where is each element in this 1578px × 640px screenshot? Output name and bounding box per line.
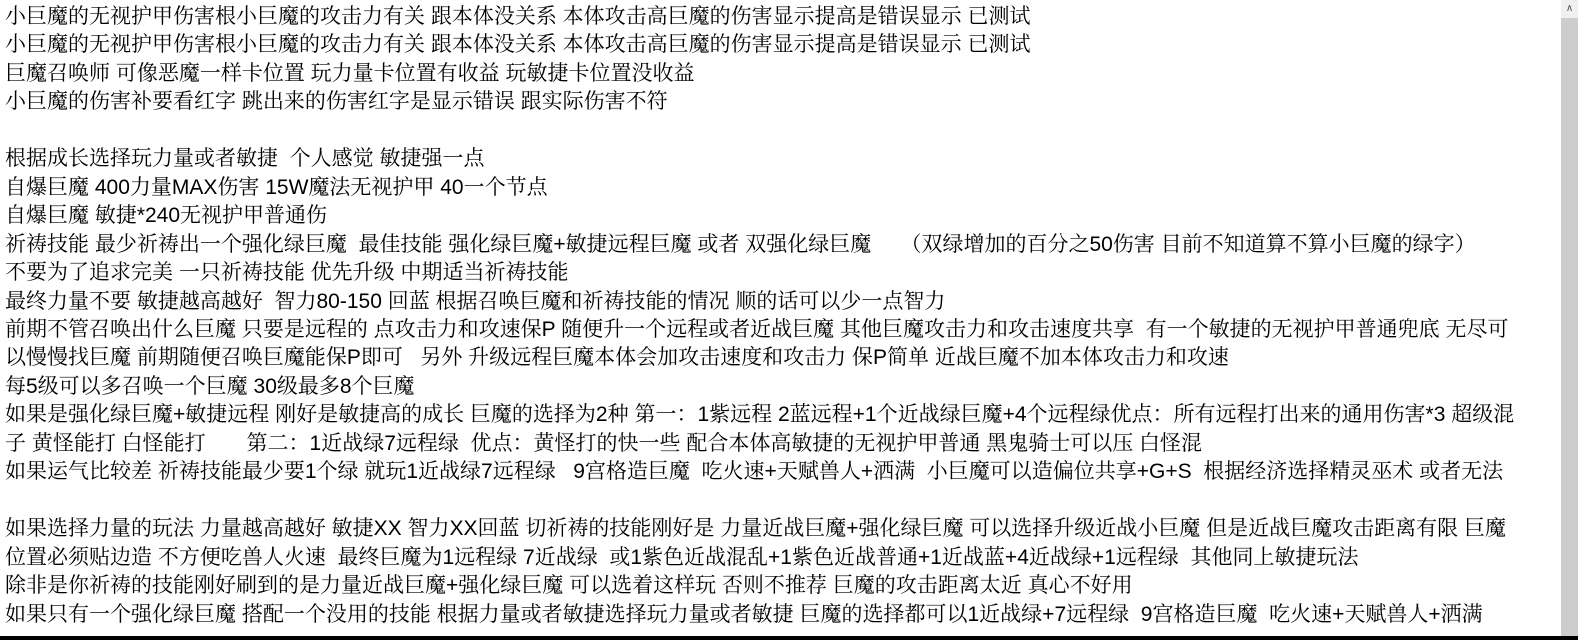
- text-line: 小巨魔的无视护甲伤害根小巨魔的攻击力有关 跟本体没关系 本体攻击高巨魔的伤害显示…: [5, 31, 1561, 59]
- text-line: [5, 487, 1561, 515]
- text-line: 如果运气比较差 祈祷技能最少要1个绿 就玩1近战绿7远程绿 9宫格造巨魔 吃火速…: [5, 458, 1561, 486]
- text-line: 根据成长选择玩力量或者敏捷 个人感觉 敏捷强一点: [5, 145, 1561, 173]
- text-area[interactable]: 小巨魔的无视护甲伤害根小巨魔的攻击力有关 跟本体没关系 本体攻击高巨魔的伤害显示…: [0, 0, 1561, 636]
- text-line: 最终力量不要 敏捷越高越好 智力80-150 回蓝 根据召唤巨魔和祈祷技能的情况…: [5, 288, 1561, 316]
- window-bottom-border: [0, 636, 1578, 640]
- text-line: 自爆巨魔 敏捷*240无视护甲普通伤: [5, 202, 1561, 230]
- text-line: 小巨魔的无视护甲伤害根小巨魔的攻击力有关 跟本体没关系 本体攻击高巨魔的伤害显示…: [5, 3, 1561, 31]
- text-line: 不要为了追求完美 一只祈祷技能 优先升级 中期适当祈祷技能: [5, 259, 1561, 287]
- text-line: 以慢慢找巨魔 前期随便召唤巨魔能保P即可 另外 升级远程巨魔本体会加攻击速度和攻…: [5, 344, 1561, 372]
- text-line: 自爆巨魔 400力量MAX伤害 15W魔法无视护甲 40一个节点: [5, 174, 1561, 202]
- text-line: [5, 117, 1561, 145]
- chevron-up-icon: ∧: [1566, 3, 1573, 14]
- text-line: 位置必须贴边造 不方便吃兽人火速 最终巨魔为1远程绿 7近战绿 或1紫色近战混乱…: [5, 544, 1561, 572]
- text-line: 小巨魔的伤害补要看红字 跳出来的伤害红字是显示错误 跟实际伤害不符: [5, 88, 1561, 116]
- vertical-scrollbar[interactable]: ∧: [1561, 0, 1578, 640]
- scrollbar-thumb[interactable]: [1561, 18, 1578, 636]
- text-line: 除非是你祈祷的技能刚好刷到的是力量近战巨魔+强化绿巨魔 可以选着这样玩 否则不推…: [5, 572, 1561, 600]
- text-line: 前期不管召唤出什么巨魔 只要是远程的 点攻击力和攻速保P 随便升一个远程或者近战…: [5, 316, 1561, 344]
- text-line: 如果选择力量的玩法 力量越高越好 敏捷XX 智力XX回蓝 切祈祷的技能刚好是 力…: [5, 515, 1561, 543]
- text-line: 巨魔召唤师 可像恶魔一样卡位置 玩力量卡位置有收益 玩敏捷卡位置没收益: [5, 60, 1561, 88]
- text-line: 如果是强化绿巨魔+敏捷远程 刚好是敏捷高的成长 巨魔的选择为2种 第一：1紫远程…: [5, 401, 1561, 429]
- text-line: 每5级可以多召唤一个巨魔 30级最多8个巨魔: [5, 373, 1561, 401]
- text-line: 子 黄怪能打 白怪能打 第二：1近战绿7远程绿 优点：黄怪打的快一些 配合本体高…: [5, 430, 1561, 458]
- text-line: 如果只有一个强化绿巨魔 搭配一个没用的技能 根据力量或者敏捷选择玩力量或者敏捷 …: [5, 601, 1561, 629]
- scroll-up-button[interactable]: ∧: [1561, 0, 1578, 17]
- text-line: 祈祷技能 最少祈祷出一个强化绿巨魔 最佳技能 强化绿巨魔+敏捷远程巨魔 或者 双…: [5, 231, 1561, 259]
